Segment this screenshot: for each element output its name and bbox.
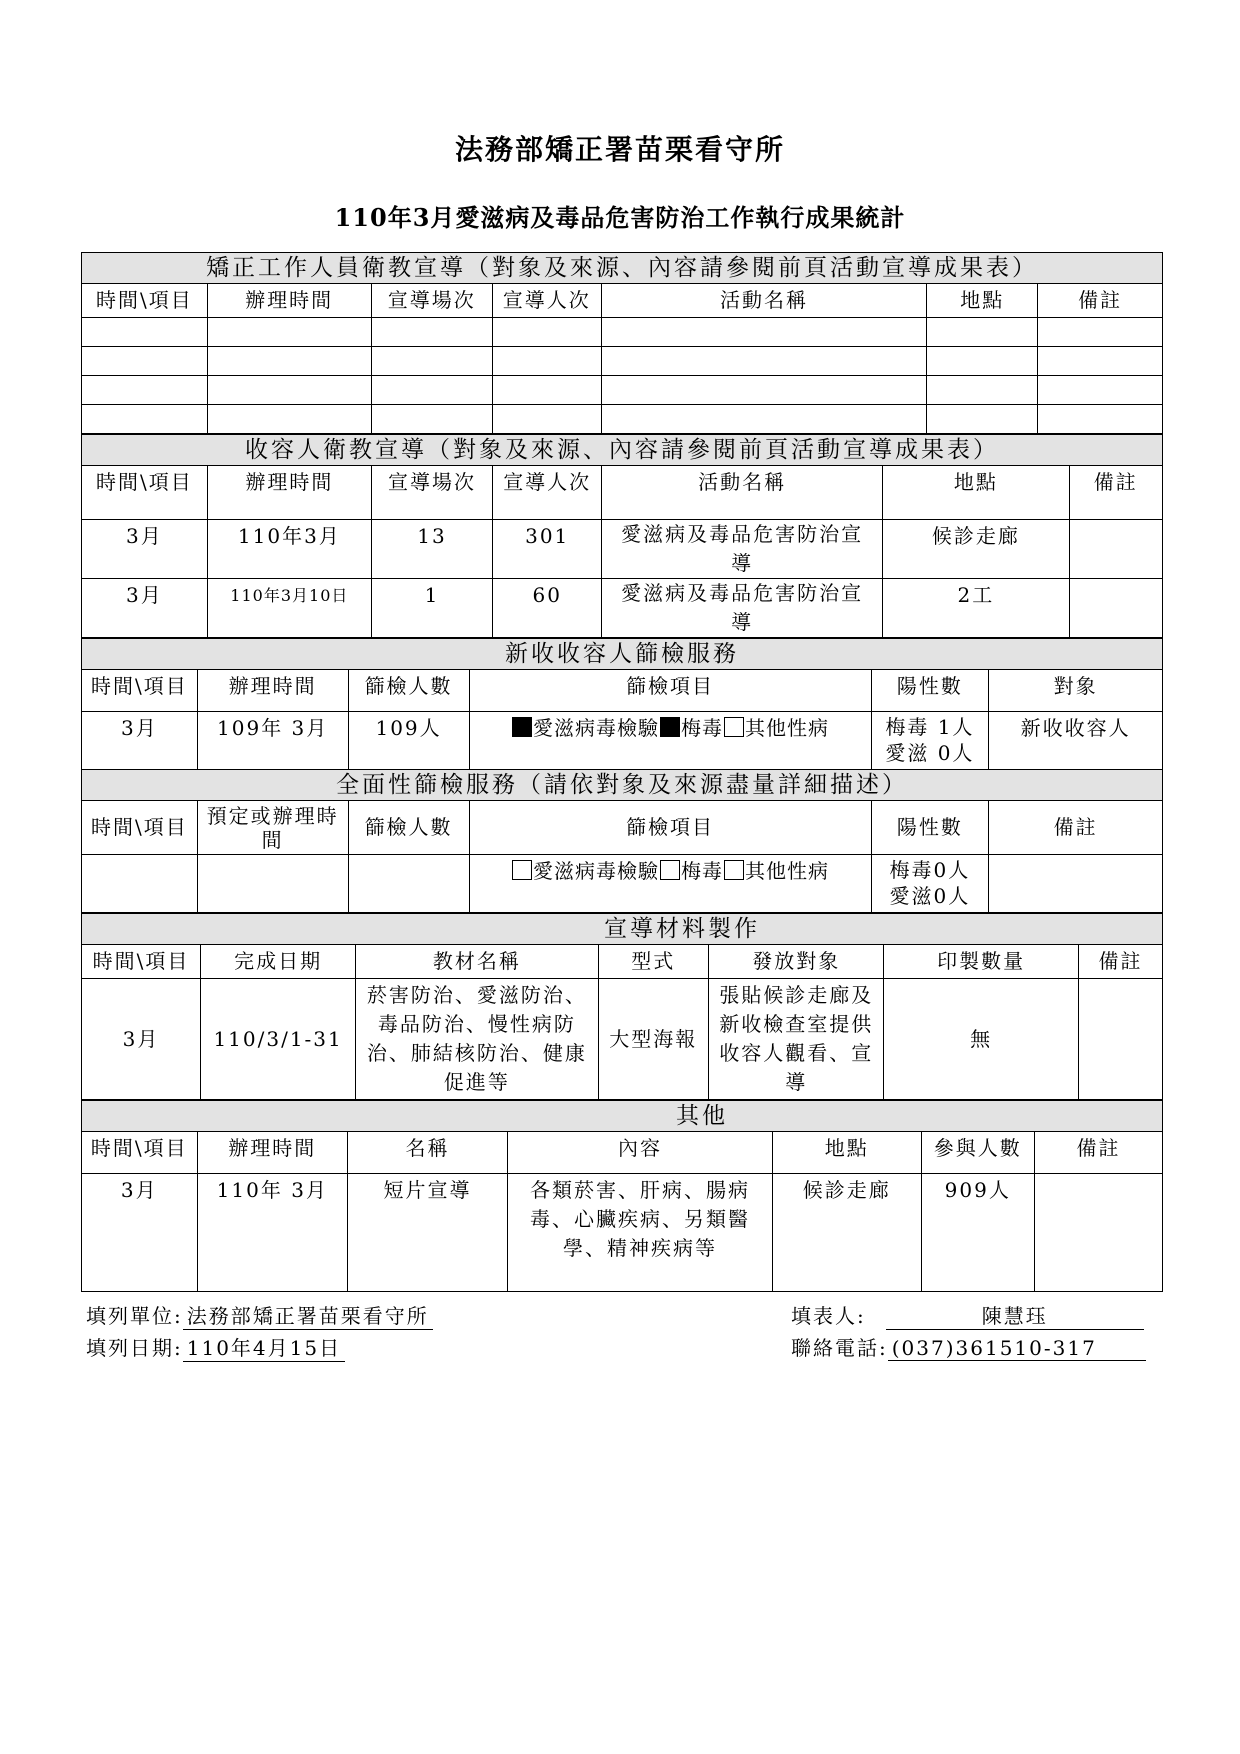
col-activity: 活動名稱	[601, 284, 927, 318]
table-row: 3月 110年 3月 短片宣導 各類菸害、肝病、腸病毒、心臟疾病、另類醫學、精神…	[82, 1174, 1163, 1292]
cell[interactable]	[927, 347, 1038, 376]
section-materials: 宣導材料製作	[82, 914, 1163, 945]
table-row: 3月 110/3/1-31 菸害防治、愛滋防治、毒品防治、慢性病防治、肺結核防治…	[82, 979, 1163, 1100]
cell-sessions[interactable]: 1	[371, 579, 492, 638]
col-period: 時間\項目	[82, 284, 208, 318]
col-screened: 篩檢人數	[348, 670, 469, 712]
date-value[interactable]: 110年4月15日	[183, 1332, 345, 1362]
cell[interactable]	[82, 318, 208, 347]
col-date: 辦理時間	[207, 284, 371, 318]
cell-location[interactable]: 候診走廊	[883, 520, 1070, 579]
cell-activity[interactable]: 愛滋病及毒品危害防治宣導	[602, 520, 883, 579]
positive-hiv: 愛滋0人	[874, 883, 987, 909]
table-row	[82, 347, 1163, 376]
checkbox-hiv-test[interactable]	[512, 860, 532, 880]
organization-title: 法務部矯正署苗栗看守所	[0, 128, 1240, 168]
cell[interactable]	[601, 376, 927, 405]
col-note: 備註	[1038, 284, 1163, 318]
cell-name[interactable]: 短片宣導	[348, 1174, 508, 1292]
checkbox-syphilis[interactable]	[660, 860, 680, 880]
col-location: 地點	[927, 284, 1038, 318]
comprehensive-screening-header: 時間\項目 預定或辦理時間 篩檢人數 篩檢項目 陽性數 備註	[82, 801, 1163, 855]
cell-quantity[interactable]: 無	[884, 979, 1079, 1100]
cell-material-name[interactable]: 菸害防治、愛滋防治、毒品防治、慢性病防治、肺結核防治、健康促進等	[356, 979, 598, 1100]
cell-attendees[interactable]: 60	[493, 579, 602, 638]
phone-label: 聯絡電話:	[791, 1336, 888, 1360]
positive-hiv: 愛滋 0人	[874, 740, 987, 766]
cell[interactable]	[1038, 405, 1163, 434]
col-note: 備註	[1035, 1132, 1163, 1174]
cell-period[interactable]: 3月	[82, 520, 208, 579]
table-row: 3月 110年3月10日 1 60 愛滋病及毒品危害防治宣導 2工	[82, 579, 1163, 638]
cell-note[interactable]	[1078, 979, 1162, 1100]
cell-period[interactable]: 3月	[82, 712, 198, 770]
cell[interactable]	[371, 318, 492, 347]
cell-location[interactable]: 候診走廊	[773, 1174, 922, 1292]
cell[interactable]	[492, 318, 601, 347]
cell-participants[interactable]: 909人	[921, 1174, 1034, 1292]
phone-value[interactable]: (037)361510-317	[888, 1336, 1146, 1361]
cell[interactable]	[82, 347, 208, 376]
cell-date[interactable]	[197, 855, 348, 913]
cell-note[interactable]	[1069, 579, 1162, 638]
filler-value[interactable]: 陳慧珏	[886, 1300, 1144, 1330]
cell-date[interactable]: 109年 3月	[197, 712, 348, 770]
cell-screened[interactable]	[348, 855, 469, 913]
cell[interactable]	[492, 347, 601, 376]
col-note: 備註	[989, 801, 1163, 855]
col-activity: 活動名稱	[602, 466, 883, 520]
new-inmate-screening-header: 時間\項目 辦理時間 篩檢人數 篩檢項目 陽性數 對象	[82, 670, 1163, 712]
col-items: 篩檢項目	[469, 801, 871, 855]
table-row	[82, 405, 1163, 434]
col-sessions: 宣導場次	[371, 466, 492, 520]
col-location: 地點	[773, 1132, 922, 1174]
cell-format[interactable]: 大型海報	[598, 979, 709, 1100]
cell[interactable]	[207, 376, 371, 405]
section-staff-education: 矯正工作人員衛教宣導（對象及來源、內容請參閱前頁活動宣導成果表）	[82, 253, 1163, 284]
checkbox-syphilis[interactable]	[660, 717, 680, 737]
col-date: 辦理時間	[197, 1132, 348, 1174]
label-hiv-test: 愛滋病毒檢驗	[533, 859, 659, 883]
cell-note[interactable]	[989, 855, 1163, 913]
section-others: 其他	[82, 1101, 1163, 1132]
label-other-std: 其他性病	[745, 716, 829, 740]
cell-note[interactable]	[1035, 1174, 1163, 1292]
cell[interactable]	[1038, 318, 1163, 347]
cell[interactable]	[601, 318, 927, 347]
cell[interactable]	[371, 376, 492, 405]
col-quantity: 印製數量	[884, 945, 1079, 979]
label-hiv-test: 愛滋病毒檢驗	[533, 716, 659, 740]
cell-period[interactable]: 3月	[82, 979, 201, 1100]
cell-note[interactable]	[1069, 520, 1162, 579]
cell[interactable]	[82, 376, 208, 405]
report-title: 110年3月愛滋病及毒品危害防治工作執行成果統計	[0, 198, 1240, 233]
cell-date[interactable]: 110年3月10日	[207, 579, 371, 638]
col-date: 辦理時間	[197, 670, 348, 712]
col-note: 備註	[1069, 466, 1162, 520]
cell[interactable]	[492, 376, 601, 405]
cell-sessions[interactable]: 13	[371, 520, 492, 579]
materials-header: 時間\項目 完成日期 教材名稱 型式 發放對象 印製數量 備註	[82, 945, 1163, 979]
cell-period[interactable]: 3月	[82, 1174, 198, 1292]
table-row	[82, 376, 1163, 405]
col-sessions: 宣導場次	[371, 284, 492, 318]
col-date: 完成日期	[201, 945, 356, 979]
col-positive: 陽性數	[871, 801, 989, 855]
cell-content[interactable]: 各類菸害、肝病、腸病毒、心臟疾病、另類醫學、精神疾病等	[507, 1174, 772, 1292]
col-period: 時間\項目	[82, 466, 208, 520]
table-row	[82, 318, 1163, 347]
col-screened: 篩檢人數	[348, 801, 469, 855]
cell-items: 愛滋病毒檢驗梅毒其他性病	[469, 712, 871, 770]
cell[interactable]	[927, 318, 1038, 347]
cell[interactable]	[927, 405, 1038, 434]
positive-syphilis: 梅毒0人	[874, 857, 987, 883]
cell-target[interactable]: 新收收容人	[989, 712, 1163, 770]
cell[interactable]	[207, 318, 371, 347]
col-positive: 陽性數	[871, 670, 989, 712]
staff-education-header: 時間\項目 辦理時間 宣導場次 宣導人次 活動名稱 地點 備註	[82, 284, 1163, 318]
cell-activity[interactable]: 愛滋病及毒品危害防治宣導	[602, 579, 883, 638]
cell[interactable]	[601, 347, 927, 376]
col-period: 時間\項目	[82, 801, 198, 855]
col-date: 辦理時間	[207, 466, 371, 520]
table-row: 愛滋病毒檢驗梅毒其他性病 梅毒0人 愛滋0人	[82, 855, 1163, 913]
col-attendees: 宣導人次	[493, 466, 602, 520]
cell[interactable]	[1038, 347, 1163, 376]
col-period: 時間\項目	[82, 670, 198, 712]
cell[interactable]	[207, 405, 371, 434]
col-note: 備註	[1078, 945, 1162, 979]
cell-audience[interactable]: 張貼候診走廊及新收檢查室提供收容人觀看、宣導	[709, 979, 884, 1100]
others-header: 時間\項目 辦理時間 名稱 內容 地點 參與人數 備註	[82, 1132, 1163, 1174]
section-new-inmate-screening: 新收收容人篩檢服務	[82, 639, 1163, 670]
label-syphilis: 梅毒	[681, 716, 723, 740]
cell[interactable]	[601, 405, 927, 434]
cell-positive[interactable]: 梅毒0人 愛滋0人	[871, 855, 989, 913]
col-items: 篩檢項目	[469, 670, 871, 712]
unit-label: 填列單位:	[86, 1304, 183, 1328]
table-row: 3月 109年 3月 109人 愛滋病毒檢驗梅毒其他性病 梅毒 1人 愛滋 0人…	[82, 712, 1163, 770]
section-inmate-education: 收容人衛教宣導（對象及來源、內容請參閱前頁活動宣導成果表）	[82, 435, 1163, 466]
checkbox-hiv-test[interactable]	[512, 717, 532, 737]
checkbox-other-std[interactable]	[724, 860, 744, 880]
cell-period[interactable]: 3月	[82, 579, 208, 638]
positive-syphilis: 梅毒 1人	[874, 714, 987, 740]
col-target: 對象	[989, 670, 1163, 712]
cell[interactable]	[927, 376, 1038, 405]
filler-label: 填表人:	[791, 1304, 866, 1328]
cell[interactable]	[207, 347, 371, 376]
table-row: 3月 110年3月 13 301 愛滋病及毒品危害防治宣導 候診走廊	[82, 520, 1163, 579]
col-period: 時間\項目	[82, 945, 201, 979]
col-attendees: 宣導人次	[492, 284, 601, 318]
col-period: 時間\項目	[82, 1132, 198, 1174]
report-table: 矯正工作人員衛教宣導（對象及來源、內容請參閱前頁活動宣導成果表） 時間\項目 辦…	[81, 252, 1163, 1292]
cell[interactable]	[371, 347, 492, 376]
cell[interactable]	[1038, 376, 1163, 405]
cell-location[interactable]: 2工	[883, 579, 1070, 638]
section-comprehensive-screening: 全面性篩檢服務（請依對象及來源盡量詳細描述）	[82, 770, 1163, 801]
cell[interactable]	[492, 405, 601, 434]
col-audience: 發放對象	[709, 945, 884, 979]
col-participants: 參與人數	[921, 1132, 1034, 1174]
cell-items: 愛滋病毒檢驗梅毒其他性病	[469, 855, 871, 913]
cell-period[interactable]	[82, 855, 198, 913]
cell-date[interactable]: 110年3月	[207, 520, 371, 579]
date-label: 填列日期:	[86, 1336, 183, 1360]
col-content: 內容	[507, 1132, 772, 1174]
col-location: 地點	[883, 466, 1070, 520]
cell-positive[interactable]: 梅毒 1人 愛滋 0人	[871, 712, 989, 770]
col-name: 名稱	[348, 1132, 508, 1174]
cell-attendees[interactable]: 301	[493, 520, 602, 579]
cell[interactable]	[371, 405, 492, 434]
cell-date[interactable]: 110年 3月	[197, 1174, 348, 1292]
cell-date[interactable]: 110/3/1-31	[201, 979, 356, 1100]
inmate-education-header: 時間\項目 辦理時間 宣導場次 宣導人次 活動名稱 地點 備註	[82, 466, 1163, 520]
cell[interactable]	[82, 405, 208, 434]
col-material-name: 教材名稱	[356, 945, 598, 979]
col-date: 預定或辦理時間	[197, 801, 348, 855]
cell-screened[interactable]: 109人	[348, 712, 469, 770]
checkbox-other-std[interactable]	[724, 717, 744, 737]
unit-value[interactable]: 法務部矯正署苗栗看守所	[183, 1300, 433, 1330]
col-format: 型式	[598, 945, 709, 979]
label-other-std: 其他性病	[745, 859, 829, 883]
label-syphilis: 梅毒	[681, 859, 723, 883]
